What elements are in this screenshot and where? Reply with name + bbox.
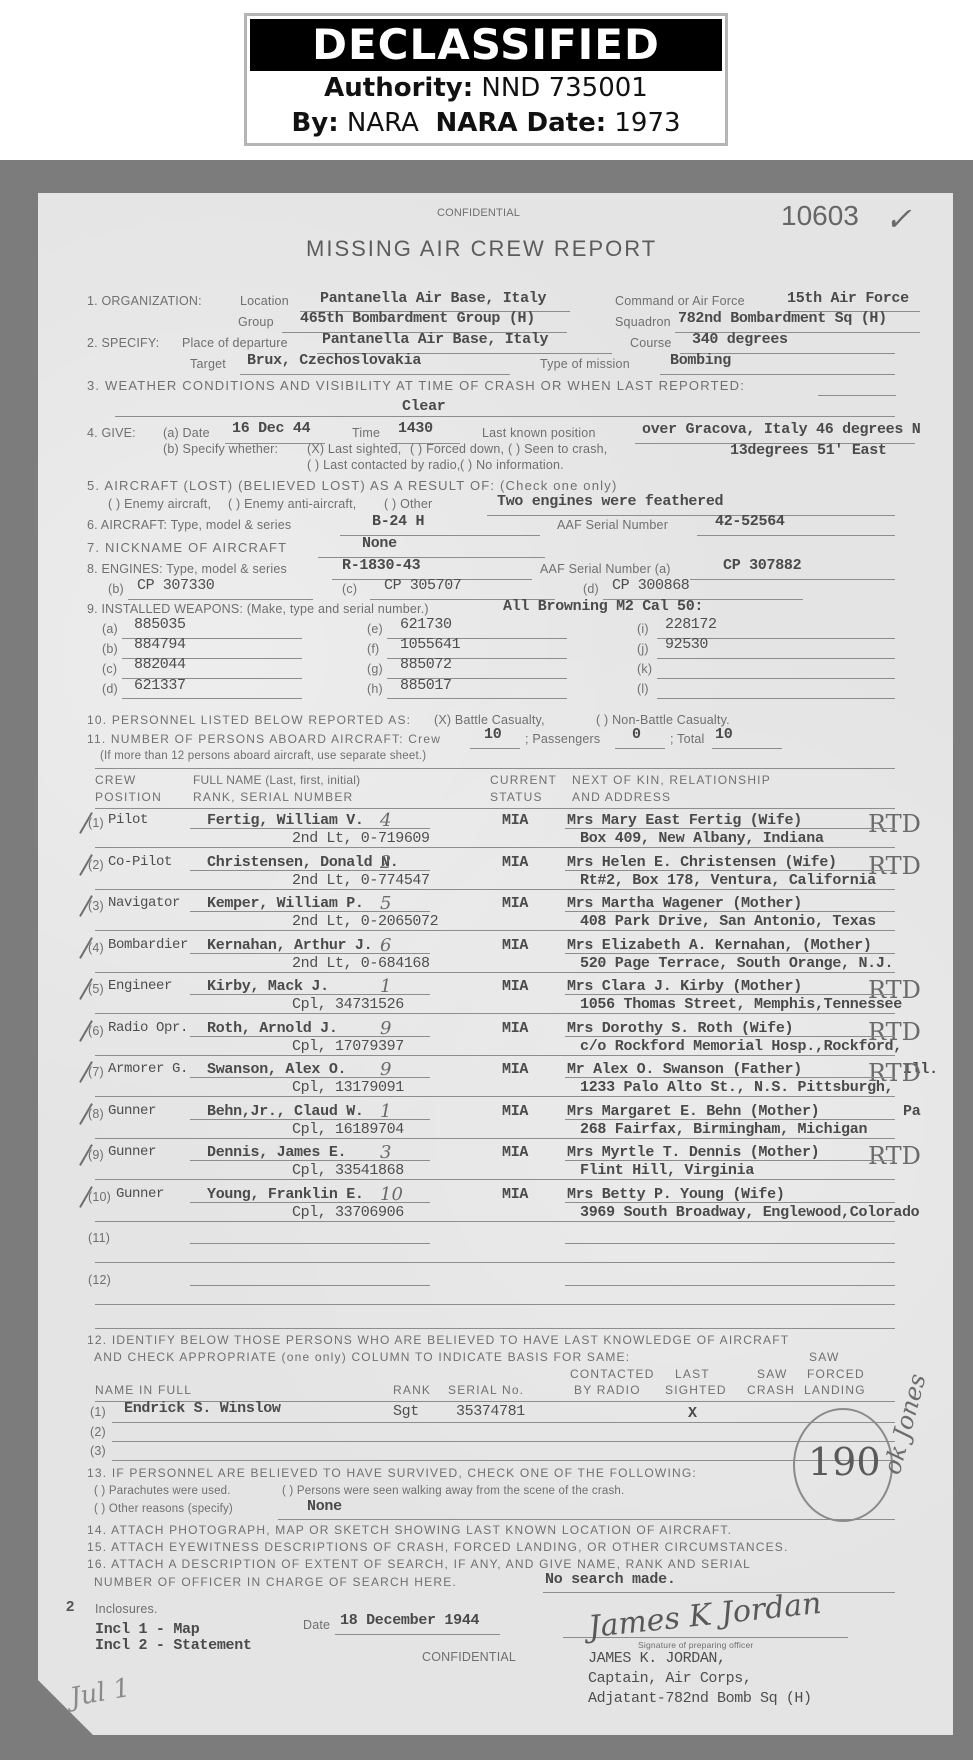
s5-opt-enemy-aircraft[interactable]: ( ) Enemy aircraft, [108, 497, 211, 511]
crew-row-status: MIA [502, 978, 528, 995]
s2-mission-label: Type of mission [540, 357, 630, 371]
s12-row-rank: Sgt [393, 1403, 419, 1420]
s1-location-value: Pantanella Air Base, Italy [320, 290, 546, 307]
s4-time-value: 1430 [398, 420, 433, 437]
weapon-serial: 621337 [134, 677, 186, 694]
s13-opt-parachutes[interactable]: ( ) Parachutes were used. [94, 1485, 231, 1497]
row-rule [95, 1262, 895, 1263]
crew-header-status-1: CURRENT [490, 773, 557, 787]
s12-col-forced-1: SAW [809, 1350, 840, 1364]
checkmark-icon: ✓ [885, 200, 912, 238]
crew-row-name: Behn,Jr., Claud W. [207, 1103, 364, 1120]
s7-label: 7. NICKNAME OF AIRCRAFT [87, 540, 287, 555]
s8-c-value: CP 305707 [384, 577, 461, 594]
row-rule [565, 953, 895, 954]
s4-date-label: (a) Date [163, 426, 210, 440]
crew-row-position: Engineer [108, 978, 172, 994]
row-rule [190, 994, 430, 995]
officer-rank: Captain, Air Corps, [588, 1670, 751, 1687]
crew-row-name: Kernahan, Arthur J. [207, 937, 372, 954]
s4-opt-no-info[interactable]: ( ) No information. [460, 458, 564, 472]
row-rule [565, 1243, 895, 1244]
row-rule [95, 1013, 895, 1014]
by-line: By: NARA NARA Date: 1973 [247, 106, 725, 141]
crew-row-address: Box 409, New Albany, Indiana [580, 830, 824, 847]
s12-col-forced-2: FORCED [807, 1367, 865, 1381]
s8-type-value: R-1830-43 [342, 557, 420, 574]
crew-row-kin: Mrs Elizabeth A. Kernahan, (Mother) [567, 937, 872, 954]
s12-col-sighted-2: SIGHTED [665, 1383, 727, 1397]
weapon-key: (h) [367, 682, 383, 696]
s1-command-label: Command or Air Force [615, 294, 745, 308]
row-rule [565, 1077, 895, 1078]
s8-serial-label: AAF Serial Number (a) [540, 562, 671, 576]
document-number: 10603 [781, 200, 859, 232]
crew-row-kin: Mrs Margaret E. Behn (Mother) [567, 1103, 819, 1120]
crew-row-rank-serial: Cpl, 34731526 [292, 996, 404, 1013]
s12-col-rank: RANK [393, 1383, 431, 1397]
crew-row-rank-serial: 2nd Lt, 0-774547 [292, 872, 430, 889]
crew-row-rtd-annotation: RTD [868, 1059, 921, 1087]
weapon-serial: 885072 [400, 656, 452, 673]
s4-position-value-2: 13degrees 51' East [730, 442, 887, 459]
crew-row-kin: Mrs Mary East Fertig (Wife) [567, 812, 802, 829]
crew-row-kin: Mrs Myrtle T. Dennis (Mother) [567, 1144, 819, 1161]
crew-row-rtd-annotation: RTD [868, 852, 921, 880]
crew-row-name: Kirby, Mack J. [207, 978, 329, 995]
s16-label-2: NUMBER OF OFFICER IN CHARGE OF SEARCH HE… [94, 1575, 457, 1589]
s8-a-value: CP 307882 [723, 557, 801, 574]
s4-opt-last-contacted[interactable]: ( ) Last contacted by radio, [307, 458, 461, 472]
crew-row-status: MIA [502, 1186, 528, 1203]
crew-row-address: 520 Page Terrace, South Orange, N.J. [580, 955, 893, 972]
s4-opt-last-sighted[interactable]: (X) Last sighted, [307, 442, 401, 456]
crew-row-name: Kemper, William P. [207, 895, 364, 912]
crew-row-address: 3969 South Broadway, Englewood,Colorado [580, 1204, 919, 1221]
s12-row-serial: 35374781 [456, 1403, 525, 1420]
s12-col-radio-1: CONTACTED [570, 1367, 655, 1381]
s8-b-label: (b) [108, 582, 124, 596]
s4-specify-label: (b) Specify whether: [163, 442, 278, 456]
crew-row-number: (9) [88, 1148, 104, 1162]
s12-label-1: 12. IDENTIFY BELOW THOSE PERSONS WHO ARE… [87, 1333, 789, 1347]
crew-row-address: 268 Fairfax, Birmingham, Michigan [580, 1121, 867, 1138]
crew-row-rank-serial: Cpl, 17079397 [292, 1038, 404, 1055]
crew-row-address: Rt#2, Box 178, Ventura, California [580, 872, 876, 889]
s2-target-label: Target [190, 357, 226, 371]
row-rule [95, 1055, 895, 1056]
row-rule [190, 870, 430, 871]
s12-label-2: AND CHECK APPROPRIATE (one only) COLUMN … [94, 1350, 630, 1364]
s9-label: 9. INSTALLED WEAPONS: (Make, type and se… [87, 602, 429, 616]
crew-row-status: MIA [502, 1061, 528, 1078]
crew-row-number: (11) [88, 1231, 110, 1245]
crew-row-number: (5) [88, 982, 104, 996]
crew-header-kin-1: NEXT OF KIN, RELATIONSHIP [572, 773, 771, 787]
crew-row-status: MIA [502, 1020, 528, 1037]
weapon-serial: 92530 [665, 636, 708, 653]
row-rule [190, 911, 430, 912]
crew-row-rank-serial: Cpl, 16189704 [292, 1121, 404, 1138]
crew-row-position: Bombardier [108, 937, 188, 953]
s12-col-radio-2: BY RADIO [574, 1383, 641, 1397]
crew-row-address: Flint Hill, Virginia [580, 1162, 754, 1179]
s13-label: 13. IF PERSONNEL ARE BELIEVED TO HAVE SU… [87, 1466, 697, 1480]
classification-bottom: CONFIDENTIAL [422, 1650, 516, 1664]
s11-passengers-value: 0 [632, 726, 641, 743]
report-title: MISSING AIR CREW REPORT [306, 236, 657, 262]
s4-position-value: over Gracova, Italy 46 degrees N [642, 421, 920, 438]
crew-row-rank-serial: Cpl, 13179091 [292, 1079, 404, 1096]
inclosures-count: 2 [66, 1598, 74, 1615]
crew-row-rtd-annotation: RTD [868, 976, 921, 1004]
crew-row-rtd-annotation: RTD [868, 1142, 921, 1170]
s8-label: 8. ENGINES: Type, model & series [87, 562, 287, 576]
classification-top: CONFIDENTIAL [437, 207, 520, 219]
row-rule [190, 828, 430, 829]
s11-passengers-label: ; Passengers [525, 732, 600, 746]
crew-row-kin: Mrs Helen E. Christensen (Wife) [567, 854, 837, 871]
s16-search-value: No search made. [545, 1571, 676, 1588]
row-rule [95, 1138, 895, 1139]
s12-col-sighted-1: LAST [675, 1367, 710, 1381]
crew-row-rank-serial: 2nd Lt, 0-684168 [292, 955, 430, 972]
s9-make-value: All Browning M2 Cal 50: [503, 598, 703, 615]
crew-row-number: (8) [88, 1107, 104, 1121]
s13-opt-walking[interactable]: ( ) Persons were seen walking away from … [282, 1485, 624, 1497]
weapon-key: (d) [102, 682, 118, 696]
crew-row-status: MIA [502, 1144, 528, 1161]
crew-row-number: (2) [88, 858, 104, 872]
s2-course-label: Course [630, 336, 672, 350]
s12-row-num: (3) [90, 1444, 106, 1458]
weapon-key: (i) [637, 622, 649, 636]
crew-row-number: (12) [88, 1273, 111, 1287]
s13-other-value: None [307, 1498, 342, 1515]
crew-row-rank-serial: 2nd Lt, 0-719609 [292, 830, 430, 847]
s2-target-value: Brux, Czechoslovakia [247, 352, 421, 369]
row-rule [190, 1036, 430, 1037]
crew-row-kin: Mrs Clara J. Kirby (Mother) [567, 978, 802, 995]
row-rule [565, 1202, 895, 1203]
s11-total-value: 10 [715, 726, 732, 743]
s6-serial-value: 42-52564 [715, 513, 785, 530]
crew-row-status: MIA [502, 895, 528, 912]
weapon-serial: 885017 [400, 677, 452, 694]
row-rule [565, 994, 895, 995]
s8-d-value: CP 300868 [612, 577, 689, 594]
weapon-serial: 884794 [134, 636, 186, 653]
crew-row-kin: Mr Alex O. Swanson (Father) [567, 1061, 802, 1078]
weapon-serial: 882044 [134, 656, 186, 673]
s5-label: 5. AIRCRAFT (LOST) (BELIEVED LOST) AS A … [87, 478, 618, 493]
row-rule [565, 1285, 895, 1286]
crew-row-kin: Mrs Martha Wagener (Mother) [567, 895, 802, 912]
s2-departure-value: Pantanella Air Base, Italy [322, 331, 548, 348]
row-rule [190, 1202, 430, 1203]
crew-row-position: Armorer G. [108, 1061, 188, 1077]
crew-row-address: 1056 Thomas Street, Memphis,Tennessee [580, 996, 902, 1013]
crew-row-name: Roth, Arnold J. [207, 1020, 338, 1037]
row-rule [565, 1036, 895, 1037]
s11-total-label: ; Total [670, 732, 705, 746]
s12-row-name: Endrick S. Winslow [124, 1400, 281, 1417]
weapon-key: (g) [367, 662, 383, 676]
crew-row-rank-serial: Cpl, 33706906 [292, 1204, 404, 1221]
s4-label: 4. GIVE: [87, 426, 136, 440]
crew-header-status-2: STATUS [490, 790, 543, 804]
s1-group-label: Group [238, 315, 274, 329]
circle-stamp-number: 190 [808, 1440, 881, 1484]
s2-departure-label: Place of departure [182, 336, 288, 350]
s8-d-label: (d) [583, 582, 599, 596]
weapon-key: (e) [367, 622, 383, 636]
weapon-key: (l) [637, 682, 649, 696]
row-rule [190, 1243, 430, 1244]
crew-row-rank-serial: 2nd Lt, 0-2065072 [292, 913, 438, 930]
sign-date-label: Date [303, 1618, 330, 1632]
row-rule [190, 1285, 430, 1286]
s4-opt-seen-crash[interactable]: ( ) Seen to crash, [508, 442, 607, 456]
incl-2: Incl 2 - Statement [95, 1637, 252, 1654]
crew-header-position-1: CREW [95, 773, 136, 787]
crew-row-address: c/o Rockford Memorial Hosp.,Rockford, [580, 1038, 902, 1055]
weapon-key: (k) [637, 662, 652, 676]
s5-other-value: Two engines were feathered [497, 493, 723, 510]
crew-header-name-2: RANK, SERIAL NUMBER [193, 790, 353, 804]
s4-opt-forced-down[interactable]: ( ) Forced down, [410, 442, 504, 456]
crew-row-name: Dennis, James E. [207, 1144, 346, 1161]
weapon-serial: 885035 [134, 616, 186, 633]
s1-location-label: Location [240, 294, 289, 308]
by-value: NARA [347, 108, 419, 138]
crew-row-position: Co-Pilot [108, 854, 172, 870]
crew-header-kin-2: AND ADDRESS [572, 790, 671, 804]
weapon-serial: 228172 [665, 616, 717, 633]
crew-row-rtd-annotation: RTD [868, 810, 921, 838]
s11-note: (If more than 12 persons aboard aircraft… [100, 750, 426, 762]
crew-row-kin: Mrs Betty P. Young (Wife) [567, 1186, 785, 1203]
sign-date-value: 18 December 1944 [340, 1612, 479, 1629]
crew-row-number: (10) [88, 1190, 111, 1204]
row-rule [565, 1160, 895, 1161]
signature-caption: Signature of preparing officer [638, 1640, 753, 1650]
crew-row-number: (4) [88, 941, 104, 955]
row-rule [190, 953, 430, 954]
s5-opt-other[interactable]: ( ) Other [384, 497, 432, 511]
s2-label: 2. SPECIFY: [87, 336, 159, 350]
authority-line: Authority: NND 735001 [247, 71, 725, 106]
s4-position-label: Last known position [482, 426, 596, 440]
s8-b-value: CP 307330 [137, 577, 214, 594]
s4-date-value: 16 Dec 44 [232, 420, 310, 437]
crew-row-kin-suffix: Pa [903, 1103, 920, 1120]
incl-1: Incl 1 - Map [95, 1621, 199, 1638]
s1-label: 1. ORGANIZATION: [87, 294, 202, 308]
crew-row-position: Radio Opr. [108, 1020, 188, 1036]
s12-col-name: NAME IN FULL [95, 1383, 192, 1397]
s3-weather-value: Clear [402, 398, 446, 415]
crew-row-rtd-annotation: RTD [868, 1018, 921, 1046]
officer-title: Adjatant-782nd Bomb Sq (H) [588, 1690, 812, 1707]
s6-type-value: B-24 H [372, 513, 424, 530]
crew-row-number: (1) [88, 816, 104, 830]
s14-label: 14. ATTACH PHOTOGRAPH, MAP OR SKETCH SHO… [87, 1523, 732, 1537]
crew-row-position: Navigator [108, 895, 180, 911]
declassified-heading: DECLASSIFIED [250, 19, 722, 71]
crew-row-status: MIA [502, 937, 528, 954]
crew-row-number: (6) [88, 1024, 104, 1038]
crew-row-name: Young, Franklin E. [207, 1186, 364, 1203]
row-rule [95, 1096, 895, 1097]
s12-row-num: (2) [90, 1425, 106, 1439]
weapon-key: (a) [102, 622, 118, 636]
weapon-key: (f) [367, 642, 379, 656]
row-rule [565, 911, 895, 912]
s12-row-num: (1) [90, 1405, 106, 1419]
row-rule [565, 828, 895, 829]
crew-row-position: Pilot [108, 812, 148, 828]
crew-header-position-2: POSITION [95, 790, 162, 804]
s12-col-crash-1: SAW [757, 1367, 788, 1381]
crew-row-name: Swanson, Alex O. [207, 1061, 346, 1078]
s13-opt-other[interactable]: ( ) Other reasons (specify) [94, 1503, 233, 1515]
row-rule [190, 1119, 430, 1120]
crew-row-status: MIA [502, 812, 528, 829]
weapon-key: (j) [637, 642, 649, 656]
crew-row-number: (7) [88, 1065, 104, 1079]
crew-row-status: MIA [502, 1103, 528, 1120]
s11-crew-value: 10 [484, 726, 501, 743]
s11-label: 11. NUMBER OF PERSONS ABOARD AIRCRAFT: C… [87, 732, 441, 746]
s12-col-crash-2: CRASH [747, 1383, 795, 1397]
crew-row-name: Fertig, William V. [207, 812, 364, 829]
s15-label: 15. ATTACH EYEWITNESS DESCRIPTIONS OF CR… [87, 1540, 789, 1554]
s12-col-serial: SERIAL No. [448, 1383, 524, 1397]
row-rule [95, 1221, 895, 1222]
nara-date-label: NARA Date: [435, 108, 606, 138]
s6-serial-label: AAF Serial Number [557, 518, 668, 532]
s2-mission-value: Bombing [670, 352, 731, 369]
crew-row-position: Gunner [108, 1103, 156, 1119]
weapon-serial: 1055641 [400, 636, 460, 653]
row-rule [95, 1179, 895, 1180]
crew-row-kin: Mrs Dorothy S. Roth (Wife) [567, 1020, 793, 1037]
nara-date-value: 1973 [614, 108, 680, 138]
row-rule [190, 1160, 430, 1161]
s8-c-label: (c) [342, 582, 357, 596]
s1-squadron-value: 782nd Bombardment Sq (H) [678, 310, 887, 327]
crew-row-position: Gunner [108, 1144, 156, 1160]
weapon-key: (c) [102, 662, 117, 676]
row-rule [565, 870, 895, 871]
s12-col-forced-3: LANDING [804, 1383, 866, 1397]
s10-opt-battle[interactable]: (X) Battle Casualty, [434, 713, 545, 727]
s3-label: 3. WEATHER CONDITIONS AND VISIBILITY AT … [87, 378, 745, 393]
s1-squadron-label: Squadron [615, 315, 671, 329]
crew-row-address: 1233 Palo Alto St., N.S. Pittsburgh, [580, 1079, 893, 1096]
row-rule [565, 1119, 895, 1120]
crew-row-position: Gunner [116, 1186, 164, 1202]
row-rule [95, 972, 895, 973]
weapon-key: (b) [102, 642, 118, 656]
s1-command-value: 15th Air Force [787, 290, 909, 307]
officer-name: JAMES K. JORDAN, [588, 1650, 726, 1667]
crew-row-name: Christensen, Donald N. [207, 854, 398, 871]
row-rule [95, 1304, 895, 1305]
s16-label-1: 16. ATTACH A DESCRIPTION OF EXTENT OF SE… [87, 1557, 751, 1571]
s4-time-label: Time [352, 426, 380, 440]
row-rule [95, 889, 895, 890]
crew-row-rank-serial: Cpl, 33541868 [292, 1162, 404, 1179]
crew-row-status: MIA [502, 854, 528, 871]
s5-opt-enemy-aa[interactable]: ( ) Enemy anti-aircraft, [228, 497, 356, 511]
by-label: By: [291, 108, 338, 138]
s2-course-value: 340 degrees [692, 331, 788, 348]
authority-label: Authority: [324, 73, 473, 103]
row-rule [190, 1077, 430, 1078]
s1-group-value: 465th Bombardment Group (H) [300, 310, 535, 327]
declassified-stamp: DECLASSIFIED Authority: NND 735001 By: N… [244, 13, 728, 146]
weapon-serial: 621730 [400, 616, 452, 633]
crew-row-number: (3) [88, 899, 104, 913]
s10-opt-nonbattle[interactable]: ( ) Non-Battle Casualty. [596, 713, 730, 727]
s6-label: 6. AIRCRAFT: Type, model & series [87, 518, 291, 532]
row-rule [95, 847, 895, 848]
authority-value: NND 735001 [481, 73, 647, 103]
crew-header-name-1: FULL NAME (Last, first, initial) [193, 773, 360, 787]
s7-nickname-value: None [362, 535, 397, 552]
inclosures-label: Inclosures. [95, 1602, 158, 1616]
crew-row-address: 408 Park Drive, San Antonio, Texas [580, 913, 876, 930]
s12-row-last-sighted: X [688, 1405, 697, 1422]
s10-label: 10. PERSONNEL LISTED BELOW REPORTED AS: [87, 713, 411, 727]
row-rule [95, 930, 895, 931]
